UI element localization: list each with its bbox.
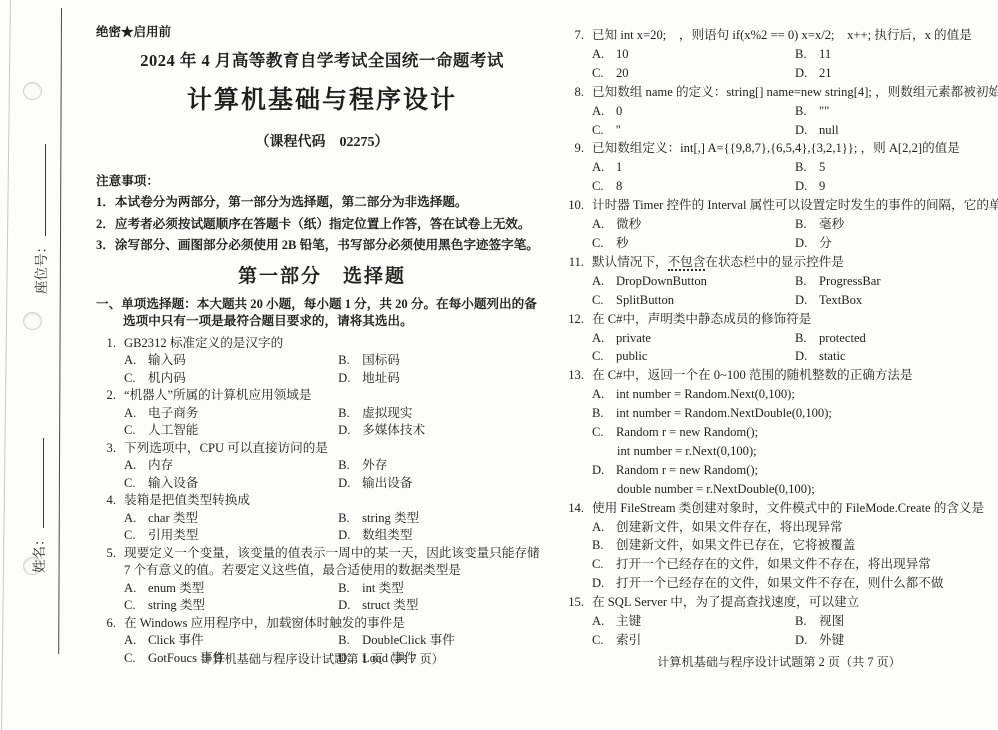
question: 5.现要定义一个变量，该变量的值表示一周中的某一天，因此该变量只能存储 7 个有… bbox=[96, 545, 548, 615]
option-row: A.输入码B.国标码 bbox=[124, 352, 548, 370]
option-label: A. bbox=[592, 102, 608, 121]
option-label: B. bbox=[338, 405, 354, 423]
answer-option: D.TextBox bbox=[795, 291, 994, 310]
options: A.0B.""C.''D.null bbox=[564, 102, 994, 140]
option-text: 9 bbox=[819, 179, 825, 193]
notices-heading: 注意事项： bbox=[96, 170, 548, 192]
answer-option: A.电子商务 bbox=[124, 405, 338, 423]
option-row: A.Click 事件B.DoubleClick 事件 bbox=[124, 632, 548, 650]
options: A.DropDownButtonB.ProgressBarC.SplitButt… bbox=[564, 272, 994, 310]
answer-option: A.0 bbox=[592, 102, 795, 121]
option-row: A.privateB.protected bbox=[592, 329, 994, 348]
option-row: C.publicD.static bbox=[592, 347, 994, 366]
answer-option: A.enum 类型 bbox=[124, 580, 338, 598]
answer-option: A.char 类型 bbox=[124, 510, 338, 528]
option-text: '' bbox=[616, 123, 621, 137]
exam-session-title: 2024 年 4 月高等教育自学考试全国统一命题考试 bbox=[96, 50, 548, 72]
answer-option: D.数组类型 bbox=[338, 527, 548, 545]
option-row: A.10B.11 bbox=[592, 45, 994, 64]
question-number: 10. bbox=[564, 196, 584, 215]
question: 2.“机器人”所属的计算机应用领域是A.电子商务B.虚拟现实C.人工智能D.多媒… bbox=[96, 387, 548, 440]
stem-text: 装箱是把值类型转换成 bbox=[124, 493, 250, 507]
question-stem: 13.在 C#中，返回一个在 0~100 范围的随机整数的正确方法是 bbox=[564, 366, 994, 385]
option-label: D. bbox=[338, 370, 354, 388]
option-text: static bbox=[819, 349, 846, 363]
question-number: 5. bbox=[96, 545, 116, 563]
question-stem: 4.装箱是把值类型转换成 bbox=[96, 492, 548, 510]
option-row: C.输入设备D.输出设备 bbox=[124, 475, 548, 493]
option-text: 外存 bbox=[362, 458, 387, 472]
option-row: C.string 类型D.struct 类型 bbox=[124, 597, 548, 615]
option-label: C. bbox=[592, 423, 608, 442]
option-row: C.''D.null bbox=[592, 121, 994, 140]
options: A.int number = Random.Next(0,100);B.int … bbox=[564, 385, 994, 498]
option-label: B. bbox=[338, 580, 354, 598]
options: A.主键B.视图C.索引D.外键 bbox=[564, 612, 994, 650]
question-number: 13. bbox=[564, 366, 584, 385]
question-number: 4. bbox=[96, 492, 116, 510]
question-number: 1. bbox=[96, 335, 116, 353]
option-label: C. bbox=[592, 64, 608, 83]
option-label: C. bbox=[124, 475, 140, 493]
answer-option: B.ProgressBar bbox=[795, 272, 994, 291]
answer-option: C.输入设备 bbox=[124, 475, 338, 493]
question-stem: 6.在 Windows 应用程序中，加载窗体时触发的事件是 bbox=[96, 615, 548, 633]
option-text: 创建新文件，如果文件已存在，它将被覆盖 bbox=[616, 538, 855, 552]
option-row: A.主键B.视图 bbox=[592, 612, 994, 631]
answer-option: B.毫秒 bbox=[795, 215, 994, 234]
option-label: D. bbox=[795, 631, 811, 650]
option-label: C. bbox=[592, 631, 608, 650]
option-label: B. bbox=[795, 215, 811, 234]
stem-text: 下列选项中，CPU 可以直接访问的是 bbox=[124, 441, 328, 455]
options: A.1B.5C.8D.9 bbox=[564, 158, 994, 196]
answer-option: A.微秒 bbox=[592, 215, 795, 234]
option-label: D. bbox=[592, 574, 608, 593]
answer-option: B.DoubleClick 事件 bbox=[338, 632, 548, 650]
answer-option: D.21 bbox=[795, 64, 994, 83]
question: 10.计时器 Timer 控件的 Interval 属性可以设置定时发生的事件的… bbox=[564, 196, 994, 253]
option-row: C.SplitButtonD.TextBox bbox=[592, 291, 994, 310]
answer-option: B.外存 bbox=[338, 457, 548, 475]
option-label: A. bbox=[124, 457, 140, 475]
answer-option: C.20 bbox=[592, 64, 795, 83]
answer-option: C.秒 bbox=[592, 234, 795, 253]
option-label: D. bbox=[338, 597, 354, 615]
option-label: C. bbox=[124, 527, 140, 545]
option-text: 多媒体技术 bbox=[362, 423, 425, 437]
answer-option: B.int 类型 bbox=[338, 580, 548, 598]
option-label: D. bbox=[338, 422, 354, 440]
option-row: A.电子商务B.虚拟现实 bbox=[124, 405, 548, 423]
option-text: 11 bbox=[819, 47, 831, 61]
option-text: struct 类型 bbox=[362, 598, 418, 612]
option-row: A.0B."" bbox=[592, 102, 994, 121]
answer-option: B.string 类型 bbox=[338, 510, 548, 528]
option-label: A. bbox=[592, 158, 608, 177]
option-label: C. bbox=[124, 422, 140, 440]
stem-text: 计时器 Timer 控件的 Interval 属性可以设置定时发生的事件的间隔，… bbox=[592, 198, 998, 212]
question: 4.装箱是把值类型转换成A.char 类型B.string 类型C.引用类型D.… bbox=[96, 492, 548, 545]
option-text: int number = Random.NextDouble(0,100); bbox=[616, 406, 832, 420]
answer-option: A.private bbox=[592, 329, 795, 348]
option-label: D. bbox=[338, 527, 354, 545]
stub-divider-line bbox=[58, 8, 62, 654]
answer-option: C.索引 bbox=[592, 631, 795, 650]
question-number: 15. bbox=[564, 593, 584, 612]
option-text: 毫秒 bbox=[819, 217, 844, 231]
option-text: 内存 bbox=[148, 458, 173, 472]
option-row: C.秒D.分 bbox=[592, 234, 994, 253]
question: 15.在 SQL Server 中，为了提高查找速度，可以建立A.主键B.视图C… bbox=[564, 593, 994, 650]
option-text: 索引 bbox=[616, 633, 641, 647]
option-label: B. bbox=[795, 272, 811, 291]
answer-option: A.创建新文件，如果文件存在，将出现异常 bbox=[592, 518, 994, 537]
seat-number-label: 座位号： bbox=[30, 240, 50, 294]
option-text: 引用类型 bbox=[148, 528, 198, 542]
answer-option: D.9 bbox=[795, 177, 994, 196]
option-text: 输入码 bbox=[148, 353, 186, 367]
option-label: C. bbox=[124, 370, 140, 388]
option-text: protected bbox=[819, 331, 866, 345]
answer-option: D.多媒体技术 bbox=[338, 422, 548, 440]
option-text: "" bbox=[819, 104, 829, 118]
question: 3.下列选项中，CPU 可以直接访问的是A.内存B.外存C.输入设备D.输出设备 bbox=[96, 440, 548, 493]
question: 12.在 C#中，声明类中静态成员的修饰符是A.privateB.protect… bbox=[564, 310, 994, 367]
answer-option: C.人工智能 bbox=[124, 422, 338, 440]
options: A.电子商务B.虚拟现实C.人工智能D.多媒体技术 bbox=[96, 405, 548, 440]
option-text: Random r = new Random(); bbox=[616, 463, 758, 477]
option-label: B. bbox=[338, 457, 354, 475]
question-number: 6. bbox=[96, 615, 116, 633]
question-number: 7. bbox=[564, 26, 584, 45]
option-row: A.enum 类型B.int 类型 bbox=[124, 580, 548, 598]
answer-option: D.打开一个已经存在的文件，如果文件不存在，则什么都不做 bbox=[592, 574, 994, 593]
question-stem: 12.在 C#中，声明类中静态成员的修饰符是 bbox=[564, 310, 994, 329]
stem-text: 在状态栏中的显示控件是 bbox=[705, 255, 844, 269]
option-label: A. bbox=[592, 272, 608, 291]
option-label: D. bbox=[795, 234, 811, 253]
option-text: 地址码 bbox=[362, 371, 400, 385]
option-text: 创建新文件，如果文件存在，将出现异常 bbox=[616, 520, 843, 534]
notice-item: 1．本试卷分为两部分，第一部分为选择题，第二部分为非选择题。 bbox=[96, 192, 548, 214]
option-label: B. bbox=[795, 612, 811, 631]
question: 11.默认情况下，不包含在状态栏中的显示控件是A.DropDownButtonB… bbox=[564, 253, 994, 310]
answer-option: A.Click 事件 bbox=[124, 632, 338, 650]
option-text: private bbox=[616, 331, 651, 345]
option-label: C. bbox=[592, 291, 608, 310]
stem-text: 在 C#中，返回一个在 0~100 范围的随机整数的正确方法是 bbox=[592, 368, 913, 382]
option-label: B. bbox=[338, 352, 354, 370]
question: 7.已知 int x=20; ，则语句 if(x%2 == 0) x=x/2; … bbox=[564, 26, 994, 83]
question: 1.GB2312 标准定义的是汉字的A.输入码B.国标码C.机内码D.地址码 bbox=[96, 335, 548, 388]
course-code: （课程代码 02275） bbox=[96, 133, 548, 153]
answer-option: D.分 bbox=[795, 234, 994, 253]
part-one-heading: 第一部分 选择题 bbox=[96, 264, 548, 290]
answer-option: B.虚拟现实 bbox=[338, 405, 548, 423]
seat-number-field: 座位号： bbox=[30, 118, 50, 294]
question-number: 12. bbox=[564, 310, 584, 329]
option-text: enum 类型 bbox=[148, 581, 204, 595]
classification-label: 绝密★启用前 bbox=[96, 22, 548, 40]
stem-text: 已知 int x=20; ，则语句 if(x%2 == 0) x=x/2; x+… bbox=[592, 28, 972, 42]
option-continuation: double number = r.NextDouble(0,100); bbox=[592, 480, 994, 499]
option-text: 8 bbox=[616, 179, 622, 193]
answer-option: D.输出设备 bbox=[338, 475, 548, 493]
option-row: A.1B.5 bbox=[592, 158, 994, 177]
option-text: 0 bbox=[616, 104, 622, 118]
question-stem: 9.已知数组定义：int[,] A={{9,8,7},{6,5,4},{3,2,… bbox=[564, 139, 994, 158]
option-label: B. bbox=[795, 158, 811, 177]
question-stem: 5.现要定义一个变量，该变量的值表示一周中的某一天，因此该变量只能存储 7 个有… bbox=[96, 545, 548, 580]
name-blank bbox=[41, 439, 44, 529]
option-label: C. bbox=[592, 121, 608, 140]
question-stem: 3.下列选项中，CPU 可以直接访问的是 bbox=[96, 440, 548, 458]
question: 9.已知数组定义：int[,] A={{9,8,7},{6,5,4},{3,2,… bbox=[564, 139, 994, 196]
answer-option: A.输入码 bbox=[124, 352, 338, 370]
options: A.内存B.外存C.输入设备D.输出设备 bbox=[96, 457, 548, 492]
option-text: TextBox bbox=[819, 293, 862, 307]
answer-option: D.外键 bbox=[795, 631, 994, 650]
option-text: 国标码 bbox=[362, 353, 400, 367]
scanned-exam-sheet: 座位号： 姓名： 绝密★启用前 2024 年 4 月高等教育自学考试全国统一命题… bbox=[0, 0, 998, 730]
option-text: string 类型 bbox=[148, 598, 205, 612]
option-row: C.人工智能D.多媒体技术 bbox=[124, 422, 548, 440]
answer-option: B.protected bbox=[795, 329, 994, 348]
answer-option: A.DropDownButton bbox=[592, 272, 795, 291]
option-label: B. bbox=[338, 632, 354, 650]
option-text: Click 事件 bbox=[148, 633, 204, 647]
option-text: DropDownButton bbox=[616, 274, 707, 288]
answer-option: D.struct 类型 bbox=[338, 597, 548, 615]
answer-option: C.'' bbox=[592, 121, 795, 140]
exam-title: 计算机基础与程序设计 bbox=[96, 84, 548, 116]
option-text: int number = Random.Next(0,100); bbox=[616, 387, 795, 401]
options: A.enum 类型B.int 类型C.string 类型D.struct 类型 bbox=[96, 580, 548, 615]
answer-option: A.主键 bbox=[592, 612, 795, 631]
option-label: A. bbox=[592, 518, 608, 537]
option-row: C.机内码D.地址码 bbox=[124, 370, 548, 388]
option-text: 电子商务 bbox=[148, 406, 198, 420]
question-list-page2: 7.已知 int x=20; ，则语句 if(x%2 == 0) x=x/2; … bbox=[564, 26, 994, 650]
notices-list: 1．本试卷分为两部分，第一部分为选择题，第二部分为非选择题。2．应考者必须按试题… bbox=[96, 192, 548, 257]
stem-text: GB2312 标准定义的是汉字的 bbox=[124, 336, 283, 350]
option-text: Random r = new Random(); bbox=[616, 425, 758, 439]
option-text: char 类型 bbox=[148, 511, 198, 525]
option-label: A. bbox=[124, 405, 140, 423]
question-stem: 2.“机器人”所属的计算机应用领域是 bbox=[96, 387, 548, 405]
option-label: A. bbox=[592, 385, 608, 404]
option-label: B. bbox=[795, 45, 811, 64]
option-text: null bbox=[819, 123, 839, 137]
option-text: 打开一个已经存在的文件，如果文件不存在，则什么都不做 bbox=[616, 576, 943, 590]
option-text: 分 bbox=[819, 236, 832, 250]
answer-option: D.Random r = new Random(); bbox=[592, 461, 994, 480]
answer-option: A.内存 bbox=[124, 457, 338, 475]
option-text: SplitButton bbox=[616, 293, 674, 307]
option-label: D. bbox=[338, 475, 354, 493]
option-row: A.内存B.外存 bbox=[124, 457, 548, 475]
option-label: A. bbox=[124, 632, 140, 650]
option-text: 5 bbox=[819, 160, 825, 174]
option-label: A. bbox=[124, 510, 140, 528]
question: 13.在 C#中，返回一个在 0~100 范围的随机整数的正确方法是A.int … bbox=[564, 366, 994, 498]
options: A.微秒B.毫秒C.秒D.分 bbox=[564, 215, 994, 253]
answer-option: C.SplitButton bbox=[592, 291, 795, 310]
answer-option: D.地址码 bbox=[338, 370, 548, 388]
answer-option: C.Random r = new Random(); bbox=[592, 423, 994, 442]
question-number: 2. bbox=[96, 387, 116, 405]
question-stem: 7.已知 int x=20; ，则语句 if(x%2 == 0) x=x/2; … bbox=[564, 26, 994, 45]
question-number: 11. bbox=[564, 253, 584, 272]
question-stem: 15.在 SQL Server 中，为了提高查找速度，可以建立 bbox=[564, 593, 994, 612]
option-label: A. bbox=[592, 329, 608, 348]
option-label: D. bbox=[795, 347, 811, 366]
stem-text: 在 C#中，声明类中静态成员的修饰符是 bbox=[592, 312, 811, 326]
option-label: D. bbox=[795, 121, 811, 140]
stem-text: 在 SQL Server 中，为了提高查找速度，可以建立 bbox=[592, 595, 859, 609]
option-text: 人工智能 bbox=[148, 423, 198, 437]
page-1: 绝密★启用前 2024 年 4 月高等教育自学考试全国统一命题考试 计算机基础与… bbox=[96, 22, 548, 667]
option-label: A. bbox=[592, 45, 608, 64]
option-text: 20 bbox=[616, 66, 629, 80]
stem-text: 现要定义一个变量，该变量的值表示一周中的某一天，因此该变量只能存储 7 个有意义… bbox=[124, 546, 540, 578]
question: 8.已知数组 name 的定义：string[] name=new string… bbox=[564, 83, 994, 140]
page2-footer: 计算机基础与程序设计试题第 2 页（共 7 页） bbox=[564, 653, 994, 670]
section-instructions: 一、单项选择题：本大题共 20 小题，每小题 1 分，共 20 分。在每小题列出… bbox=[96, 296, 548, 331]
answer-option: D.null bbox=[795, 121, 994, 140]
stem-text: 在 Windows 应用程序中，加载窗体时触发的事件是 bbox=[124, 616, 405, 630]
option-label: C. bbox=[592, 347, 608, 366]
options: A.char 类型B.string 类型C.引用类型D.数组类型 bbox=[96, 510, 548, 545]
answer-option: C.public bbox=[592, 347, 795, 366]
option-text: 数组类型 bbox=[362, 528, 412, 542]
notice-item: 3．涂写部分、画图部分必须使用 2B 铅笔，书写部分必须使用黑色字迹签字笔。 bbox=[96, 235, 548, 257]
stem-emphasis: 不包含 bbox=[668, 255, 706, 271]
options: A.privateB.protectedC.publicD.static bbox=[564, 329, 994, 367]
option-text: 主键 bbox=[616, 614, 641, 628]
options: A.10B.11C.20D.21 bbox=[564, 45, 994, 83]
question-stem: 8.已知数组 name 的定义：string[] name=new string… bbox=[564, 83, 994, 102]
option-text: public bbox=[616, 349, 647, 363]
stem-text: 默认情况下， bbox=[592, 255, 668, 269]
page1-footer: 计算机基础与程序设计试题第 1 页（共 7 页） bbox=[96, 650, 548, 667]
option-label: A. bbox=[124, 352, 140, 370]
answer-option: B.创建新文件，如果文件已存在，它将被覆盖 bbox=[592, 536, 994, 555]
option-label: B. bbox=[592, 404, 608, 423]
question: 14.使用 FileStream 类创建对象时，文件模式中的 FileMode.… bbox=[564, 499, 994, 594]
option-text: 1 bbox=[616, 160, 622, 174]
seat-number-blank bbox=[43, 144, 46, 236]
option-label: B. bbox=[338, 510, 354, 528]
option-label: B. bbox=[795, 329, 811, 348]
notice-item: 2．应考者必须按试题顺序在答题卡（纸）指定位置上作答，答在试卷上无效。 bbox=[96, 214, 548, 236]
option-row: C.20D.21 bbox=[592, 64, 994, 83]
option-label: D. bbox=[795, 177, 811, 196]
option-label: B. bbox=[795, 102, 811, 121]
punch-hole bbox=[23, 312, 42, 330]
answer-option: C.引用类型 bbox=[124, 527, 338, 545]
option-text: string 类型 bbox=[362, 511, 419, 525]
option-label: A. bbox=[592, 215, 608, 234]
question-stem: 1.GB2312 标准定义的是汉字的 bbox=[96, 335, 548, 353]
option-text: int 类型 bbox=[362, 581, 404, 595]
question-stem: 10.计时器 Timer 控件的 Interval 属性可以设置定时发生的事件的… bbox=[564, 196, 994, 215]
answer-option: B.5 bbox=[795, 158, 994, 177]
question-number: 8. bbox=[564, 83, 584, 102]
option-row: C.引用类型D.数组类型 bbox=[124, 527, 548, 545]
answer-option: A.1 bbox=[592, 158, 795, 177]
option-label: A. bbox=[592, 612, 608, 631]
option-text: 10 bbox=[616, 47, 629, 61]
option-label: C. bbox=[592, 555, 608, 574]
option-label: C. bbox=[592, 234, 608, 253]
option-continuation: int number = r.Next(0,100); bbox=[592, 442, 994, 461]
option-label: B. bbox=[592, 536, 608, 555]
stem-text: 使用 FileStream 类创建对象时，文件模式中的 FileMode.Cre… bbox=[592, 501, 984, 515]
page-2: 7.已知 int x=20; ，则语句 if(x%2 == 0) x=x/2; … bbox=[564, 26, 994, 650]
question-number: 9. bbox=[564, 139, 584, 158]
options: A.输入码B.国标码C.机内码D.地址码 bbox=[96, 352, 548, 387]
stem-text: 已知数组定义：int[,] A={{9,8,7},{6,5,4},{3,2,1}… bbox=[592, 141, 960, 155]
name-label: 姓名： bbox=[28, 533, 48, 574]
option-row: A.char 类型B.string 类型 bbox=[124, 510, 548, 528]
answer-option: B.视图 bbox=[795, 612, 994, 631]
option-text: ProgressBar bbox=[819, 274, 881, 288]
options: A.创建新文件，如果文件存在，将出现异常B.创建新文件，如果文件已存在，它将被覆… bbox=[564, 518, 994, 594]
option-text: 21 bbox=[819, 66, 832, 80]
answer-option: C.string 类型 bbox=[124, 597, 338, 615]
option-text: DoubleClick 事件 bbox=[362, 633, 455, 647]
question-list-page1: 1.GB2312 标准定义的是汉字的A.输入码B.国标码C.机内码D.地址码2.… bbox=[96, 335, 548, 668]
answer-option: B.国标码 bbox=[338, 352, 548, 370]
question-number: 3. bbox=[96, 440, 116, 458]
option-label: D. bbox=[795, 291, 811, 310]
answer-option: B.int number = Random.NextDouble(0,100); bbox=[592, 404, 994, 423]
option-text: 视图 bbox=[819, 614, 844, 628]
question-stem: 11.默认情况下，不包含在状态栏中的显示控件是 bbox=[564, 253, 994, 272]
option-text: 输入设备 bbox=[148, 476, 198, 490]
option-text: 虚拟现实 bbox=[362, 406, 412, 420]
answer-option: C.机内码 bbox=[124, 370, 338, 388]
answer-option: C.打开一个已经存在的文件，如果文件不存在，将出现异常 bbox=[592, 555, 994, 574]
name-field: 姓名： bbox=[28, 421, 48, 573]
answer-option: A.int number = Random.Next(0,100); bbox=[592, 385, 994, 404]
option-label: C. bbox=[592, 177, 608, 196]
answer-option: C.8 bbox=[592, 177, 795, 196]
question-number: 14. bbox=[564, 499, 584, 518]
stem-text: “机器人”所属的计算机应用领域是 bbox=[124, 388, 312, 402]
answer-option: D.static bbox=[795, 347, 994, 366]
option-label: A. bbox=[124, 580, 140, 598]
option-row: C.8D.9 bbox=[592, 177, 994, 196]
option-label: D. bbox=[795, 64, 811, 83]
option-row: C.索引D.外键 bbox=[592, 631, 994, 650]
answer-option: B."" bbox=[795, 102, 994, 121]
stem-text: 已知数组 name 的定义：string[] name=new string[4… bbox=[592, 85, 998, 99]
punch-hole bbox=[23, 82, 42, 100]
option-text: 输出设备 bbox=[362, 476, 412, 490]
option-text: 微秒 bbox=[616, 217, 641, 231]
option-label: C. bbox=[124, 597, 140, 615]
answer-option: A.10 bbox=[592, 45, 795, 64]
option-text: 机内码 bbox=[148, 371, 186, 385]
option-row: A.DropDownButtonB.ProgressBar bbox=[592, 272, 994, 291]
option-text: 外键 bbox=[819, 633, 844, 647]
question-stem: 14.使用 FileStream 类创建对象时，文件模式中的 FileMode.… bbox=[564, 499, 994, 518]
paper-edge-line bbox=[1, 0, 11, 730]
option-text: 秒 bbox=[616, 236, 629, 250]
